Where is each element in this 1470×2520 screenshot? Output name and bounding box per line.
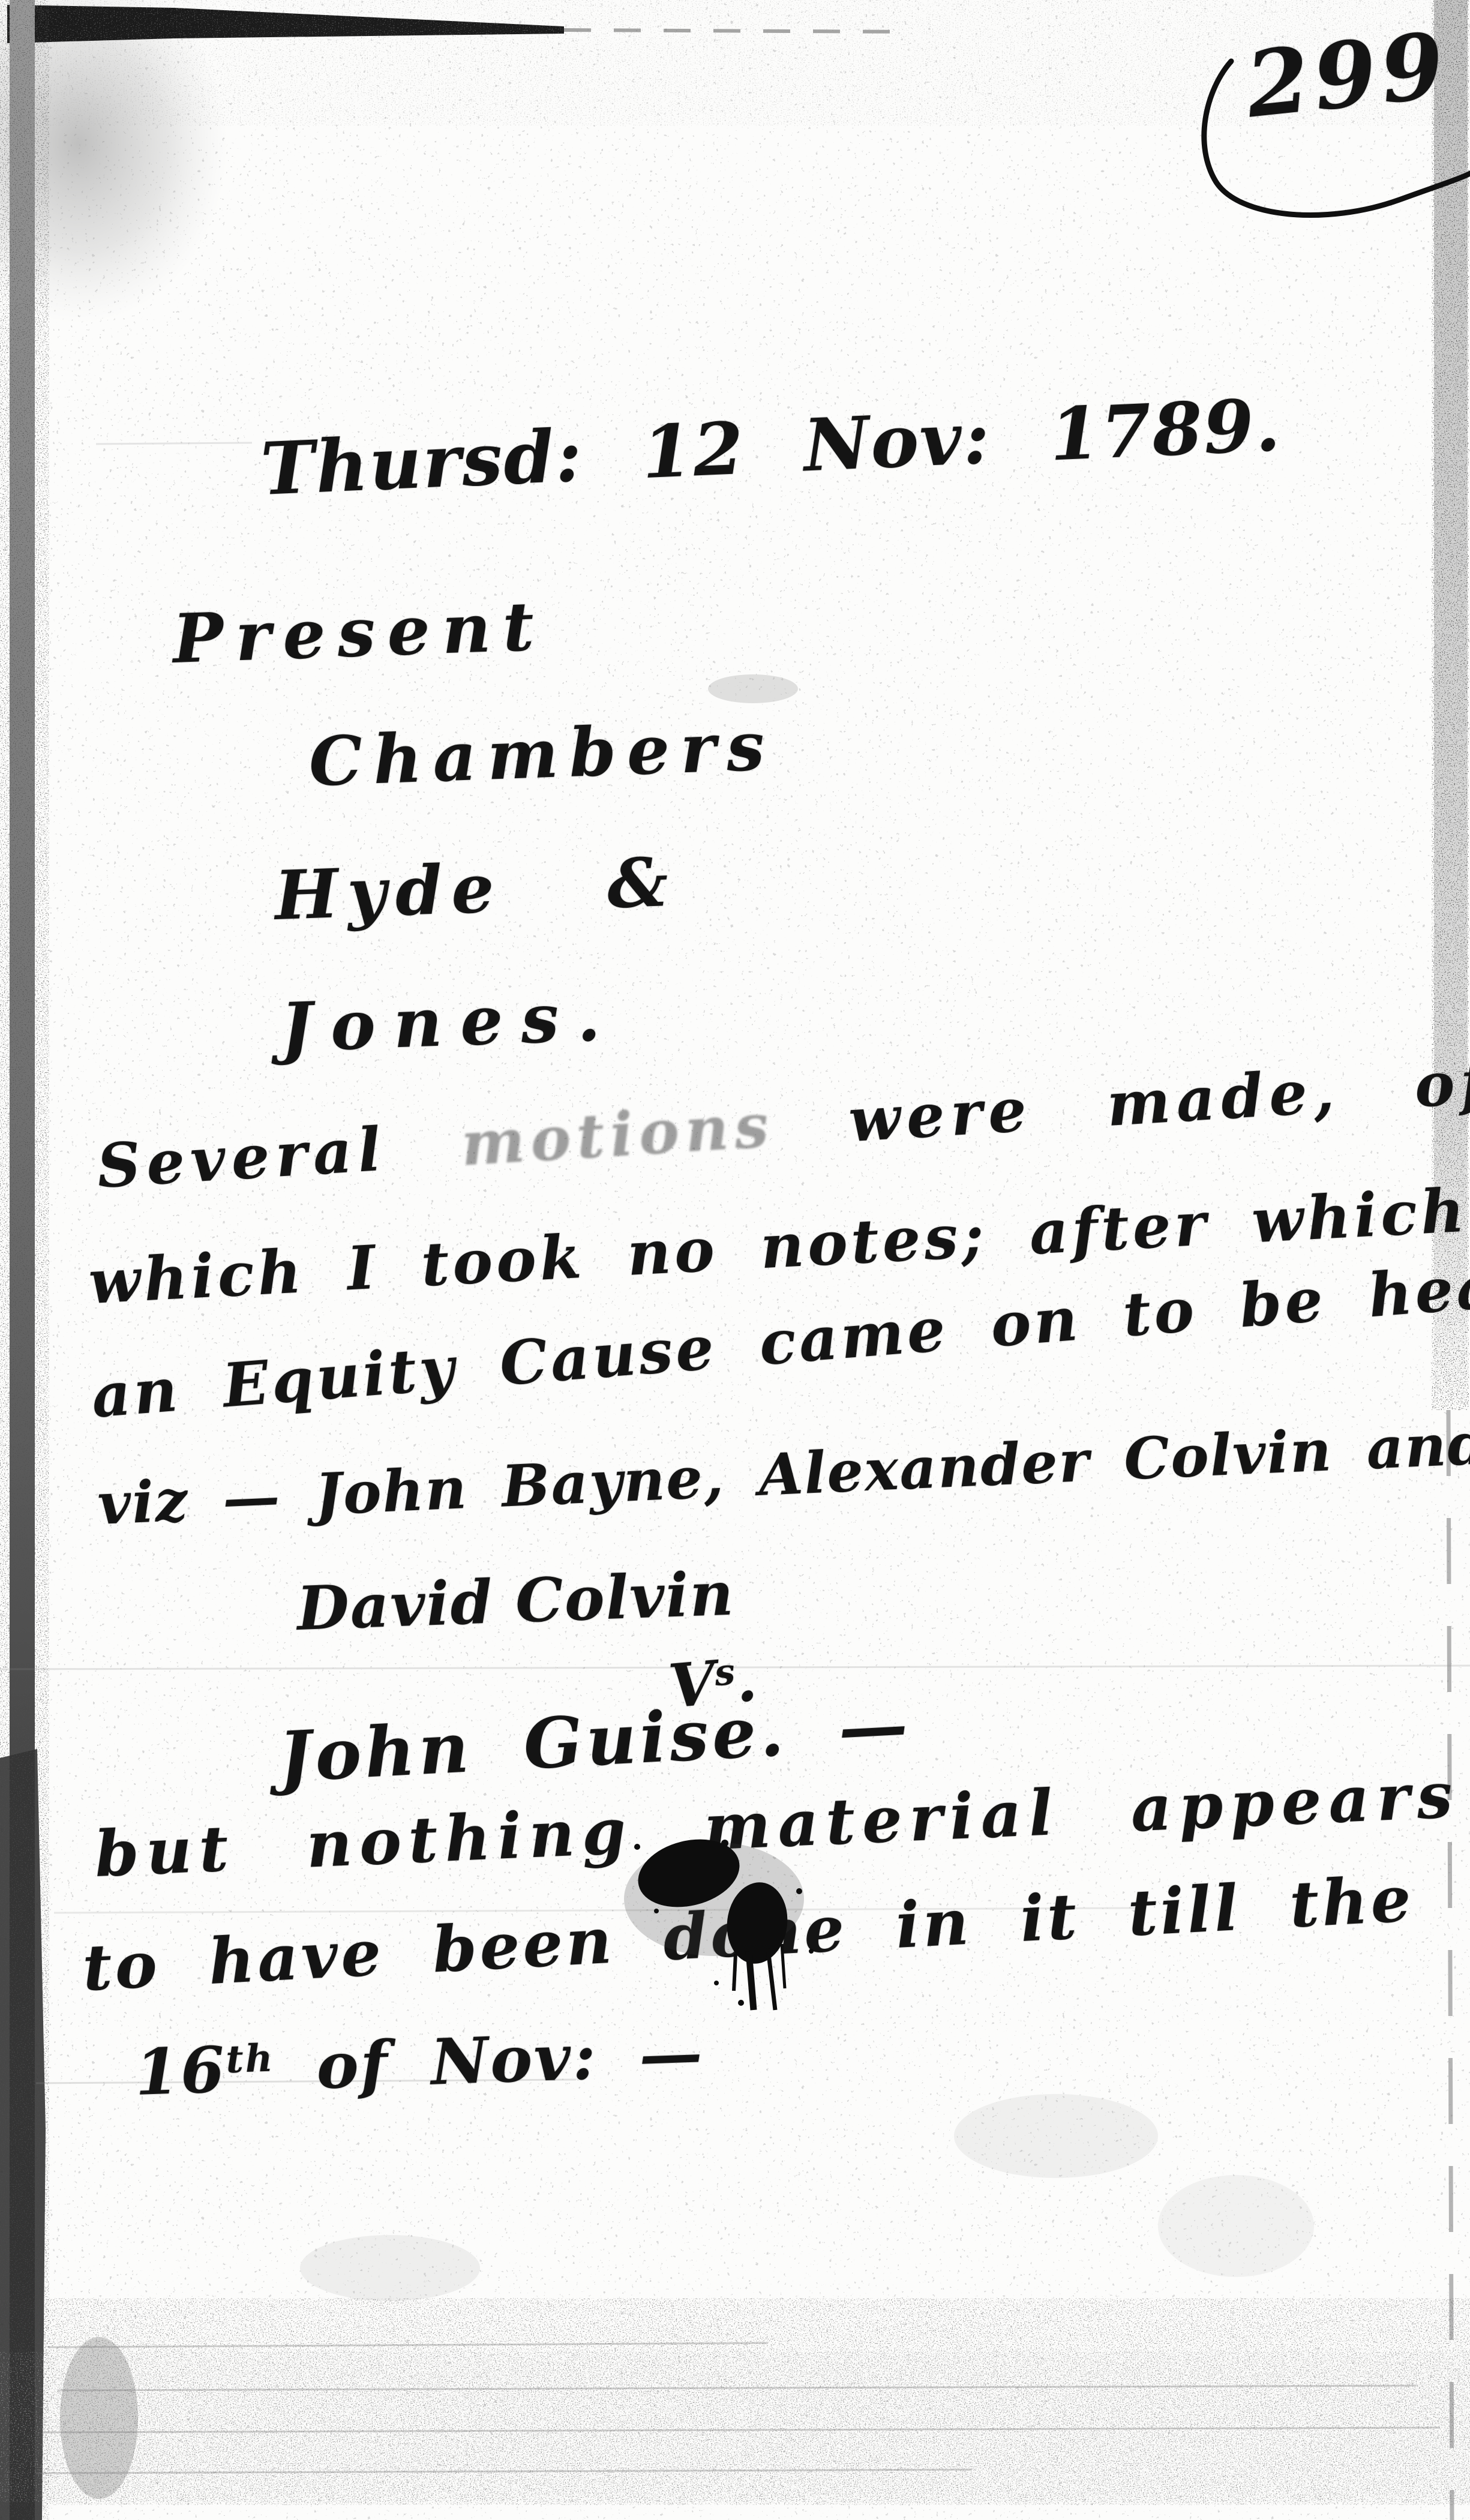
top-left-smudge (0, 0, 228, 324)
binding-shadow-bottom (0, 1749, 46, 2520)
top-edge-shadow (7, 5, 174, 43)
top-edge-shadow-taper (174, 8, 564, 38)
body-line-4-parties: viz — John Bayne, Alexander Colvin and (97, 1411, 1470, 1538)
body-line-9-date: 16th of Nov: — (134, 2015, 705, 2110)
right-edge-line (1448, 1410, 1452, 2520)
date-line: Thursd: 12 Nov: 1789. (259, 383, 1283, 512)
bottom-streaks (36, 2343, 1440, 2473)
judge-name-jones: Jones. (280, 977, 620, 1067)
page-number: 299 (1241, 12, 1454, 138)
present-label: Present (172, 587, 547, 679)
bottom-edge-noise (0, 2298, 1470, 2505)
ink-show-through-smudge (708, 674, 798, 703)
binding-shadow-noise (0, 0, 49, 2520)
scanned-manuscript-page: 299 Thursd: 12 Nov: 1789. Present Chambe… (0, 0, 1470, 2520)
top-edge-shadow-tail (564, 30, 912, 32)
body-line-6-defendant: John Guise. — (277, 1684, 913, 1798)
body-line-1-rest: were made, of (847, 1046, 1470, 1156)
judge-name-chambers: Chambers (308, 707, 776, 802)
judge-name-hyde: Hyde & (274, 843, 679, 935)
binding-shadow-band (10, 0, 35, 2520)
bottom-edge-noise-light (0, 2352, 1470, 2502)
body-line-5-party: David Colvin (296, 1558, 736, 1644)
body-line-1-faded-word: motions (459, 1090, 776, 1180)
body-line-1: Several motions were made, of (95, 1046, 1470, 1202)
body-line-1-start: Several (95, 1114, 388, 1202)
bottom-ghost-smudges (60, 2094, 1314, 2499)
